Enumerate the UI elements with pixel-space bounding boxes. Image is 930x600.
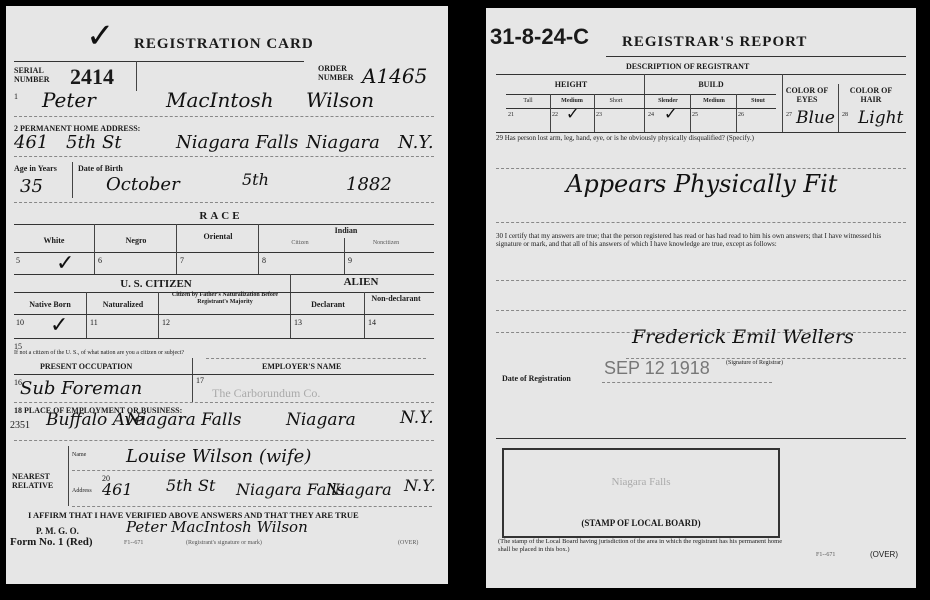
card-code: 31-8-24-C — [490, 24, 589, 50]
stamp-text: Niagara Falls — [504, 476, 778, 488]
dob-month: October — [106, 174, 180, 195]
local-board-stamp-box: Niagara Falls (STAMP OF LOCAL BOARD) — [502, 448, 780, 538]
card-title: REGISTRAR'S REPORT — [622, 34, 807, 51]
stamp-note: (The stamp of the Local Board having jur… — [498, 538, 788, 554]
white-check-icon: ✓ — [56, 250, 74, 276]
q30-text: 30 I certify that my answers are true; t… — [496, 232, 906, 248]
form-number: Form No. 1 (Red) — [10, 536, 92, 548]
medium-height-check-icon: ✓ — [566, 104, 579, 124]
q29-text: 29 Has person lost arm, leg, hand, eye, … — [496, 134, 906, 142]
dob-year: 1882 — [346, 174, 392, 195]
dob-day: 5th — [242, 170, 269, 189]
nearest-relative-label: NEAREST RELATIVE — [12, 472, 62, 490]
order-number: A1465 — [362, 64, 427, 88]
registrars-report-card: 31-8-24-C REGISTRAR'S REPORT DESCRIPTION… — [486, 8, 916, 588]
last-name: Wilson — [306, 88, 374, 112]
native-born-check-icon: ✓ — [50, 312, 68, 338]
relative-name: Louise Wilson (wife) — [126, 446, 311, 467]
middle-name: MacIntosh — [166, 88, 274, 112]
q15-text: If not a citizen of the U. S., of what n… — [14, 350, 184, 356]
hair-color: Light — [858, 108, 903, 128]
serial-number: 2414 — [70, 64, 114, 90]
occupation-value: Sub Foreman — [20, 378, 142, 399]
serial-label: SERIAL NUMBER — [14, 66, 54, 84]
eye-color: Blue — [796, 108, 835, 128]
order-label: ORDER NUMBER — [318, 64, 358, 82]
first-name: Peter — [42, 88, 96, 112]
check-mark-icon: ✓ — [86, 16, 115, 56]
q29-answer: Appears Physically Fit — [566, 170, 837, 198]
date-stamp: SEP 12 1918 — [604, 358, 710, 379]
employer-value: The Carborundum Co. — [212, 386, 320, 401]
slender-build-check-icon: ✓ — [664, 104, 677, 124]
age-value: 35 — [20, 176, 43, 197]
card-title: REGISTRATION CARD — [134, 36, 314, 53]
registrar-signature: Frederick Emil Wellers — [632, 326, 854, 348]
registration-card: ✓ REGISTRATION CARD SERIAL NUMBER 2414 O… — [6, 6, 448, 584]
registrant-signature: Peter MacIntosh Wilson — [126, 518, 308, 536]
